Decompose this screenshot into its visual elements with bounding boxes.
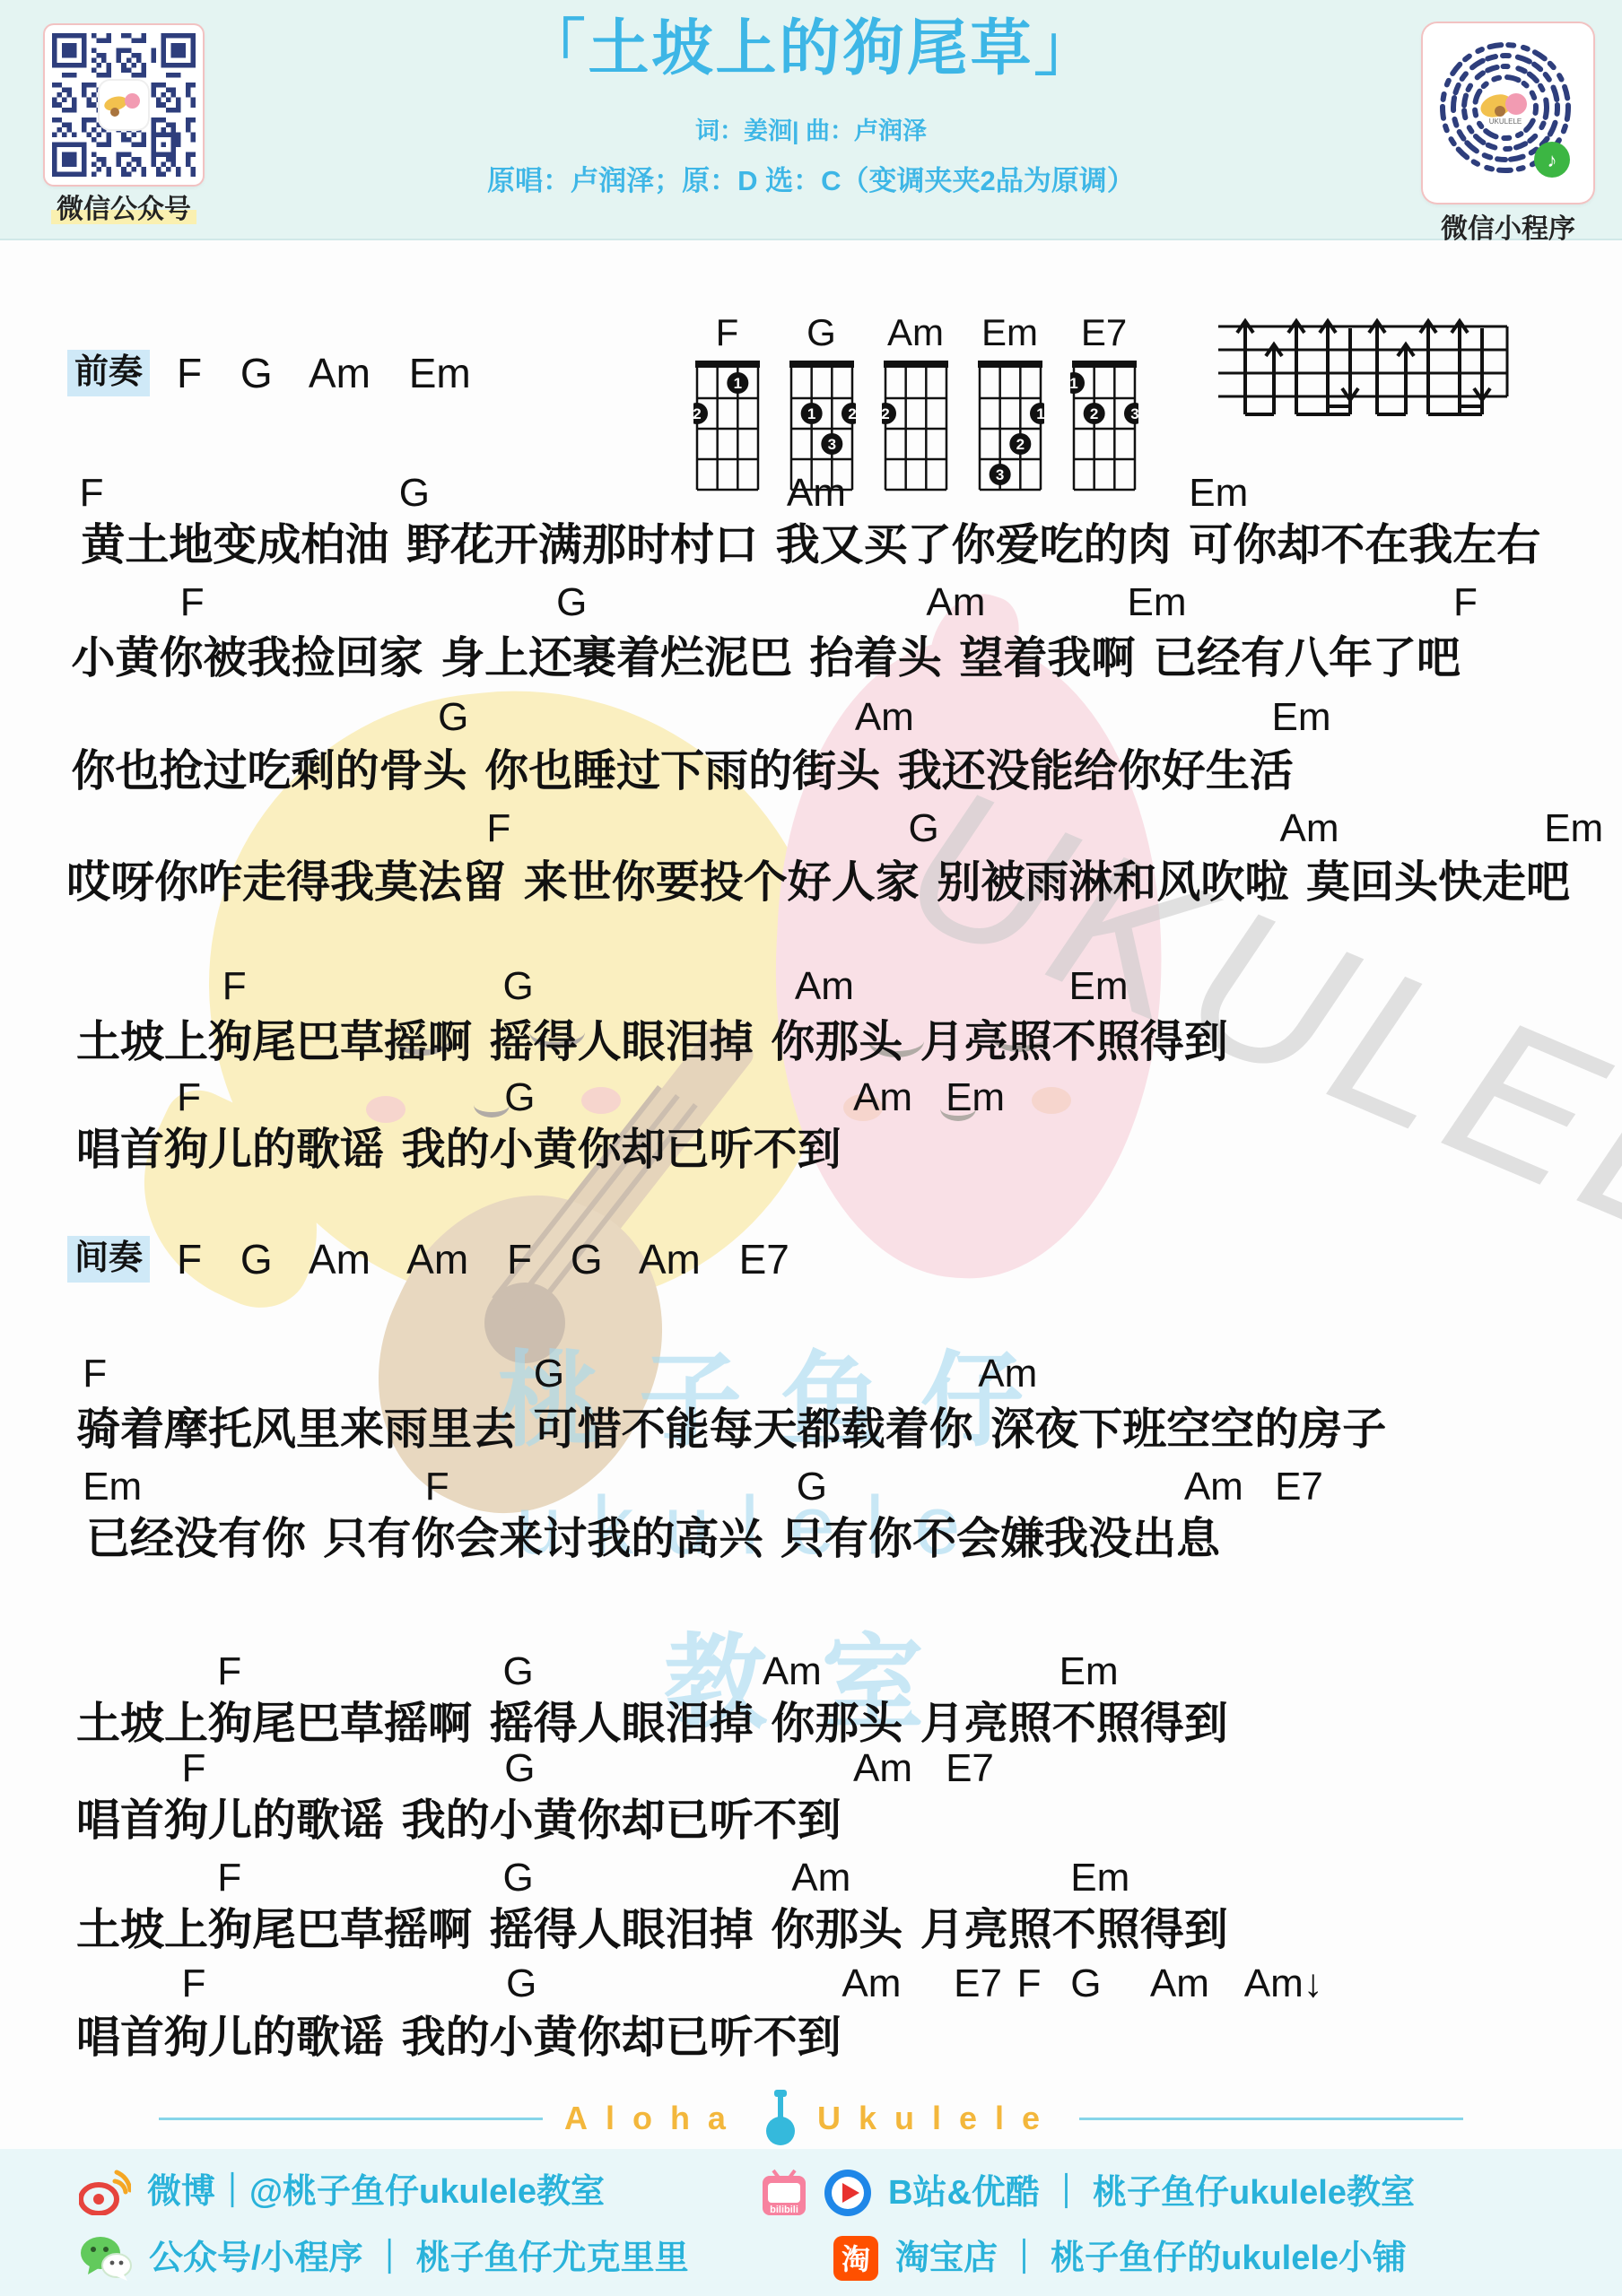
chord-label: G (1070, 1964, 1101, 2004)
lyric-line: 你也抢过吃剩的骨头 你也睡过下雨的街头 我还没能给你好生活 (0, 750, 1622, 794)
chord-label: Em (1271, 698, 1330, 737)
chord-label: G (504, 1078, 535, 1118)
svg-text:2: 2 (693, 405, 702, 422)
chord-row: FGAm (0, 1354, 1622, 1399)
chord-diagram-label: Am (868, 314, 963, 361)
chord-label: Em (946, 1078, 1005, 1118)
chord-label: Am (855, 698, 914, 737)
svg-text:3: 3 (827, 436, 835, 453)
footer-band: 微博｜@桃子鱼仔ukulele教室 bilibili B站&优酷 ｜ 桃子鱼仔u… (0, 2149, 1622, 2296)
wechat-icon (79, 2235, 133, 2282)
chord-label: Em (1544, 809, 1603, 848)
left-qr-label: 微信公众号 (41, 194, 206, 226)
weibo-link[interactable]: 微博｜@桃子鱼仔ukulele教室 (79, 2169, 605, 2215)
ukulele-icon (765, 2090, 796, 2147)
svg-text:淘: 淘 (842, 2243, 870, 2275)
chord-label: G (502, 967, 533, 1006)
wechat-link[interactable]: 公众号/小程序 ｜ 桃子鱼仔尤克里里 (79, 2235, 689, 2282)
lyric-line: 唱首狗儿的歌谣 我的小黄你却已听不到 (0, 2016, 1622, 2060)
section-chords: F G Am Em (177, 352, 471, 394)
chord-row: FGAmEm (0, 1652, 1622, 1697)
chord-label: F (217, 1858, 241, 1898)
chord-label: Em (1189, 474, 1248, 513)
chord-label: E7 (946, 1749, 994, 1788)
aloha-word: Aloha (564, 2102, 744, 2135)
chord-diagram-G: G123 (774, 314, 868, 500)
lyric-line: 黄土地变成柏油 野花开满那时村口 我又买了你爱吃的肉 可你却不在我左右 (0, 524, 1622, 568)
chord-label: F (222, 967, 247, 1006)
chord-row: FGAmEm (0, 1858, 1622, 1903)
svg-text:3: 3 (995, 466, 1003, 483)
chord-label: G (502, 1858, 533, 1898)
chord-label: G (908, 809, 938, 848)
chord-label: Am (1184, 1467, 1243, 1507)
weibo-link-text: 微博｜@桃子鱼仔ukulele教室 (147, 2175, 605, 2209)
svg-text:2: 2 (848, 405, 856, 422)
chord-label: F (486, 809, 510, 848)
chord-row: GAmEm (0, 698, 1622, 743)
lyric-line: 骑着摩托风里来雨里去 可惜不能每天都载着你 深夜下班空空的房子 (0, 1408, 1622, 1452)
chord-label: Am↓ (1244, 1964, 1323, 2004)
lyric-line: 土坡上狗尾巴草摇啊 摇得人眼泪掉 你那头 月亮照不照得到 (0, 1909, 1622, 1952)
qr-center-logo (100, 81, 148, 129)
chord-label: Am (1150, 1964, 1209, 2004)
section-chords: F G Am Am F G Am E7 (177, 1239, 789, 1280)
tuning-line: 原唱：卢润泽；原：D 选：C（变调夹夹2品为原调） (0, 167, 1622, 195)
lyric-line: 唱首狗儿的歌谣 我的小黄你却已听不到 (0, 1799, 1622, 1843)
page-title: 「土坡上的狗尾草」 (0, 18, 1622, 79)
section-label: 前奏 (67, 350, 150, 396)
bilibili-youku-link-text: B站&优酷 ｜ 桃子鱼仔ukulele教室 (888, 2176, 1415, 2210)
weibo-icon (79, 2169, 131, 2215)
chord-diagram-Em: Em123 (963, 314, 1057, 500)
chord-label: F (80, 474, 104, 513)
svg-text:1: 1 (807, 405, 815, 422)
ukulele-word: Ukulele (817, 2102, 1058, 2135)
lyric-line: 小黄你被我捡回家 身上还裹着烂泥巴 抬着头 望着我啊 已经有八年了吧 (0, 637, 1622, 681)
svg-text:UKULELE: UKULELE (1489, 117, 1522, 126)
chord-row: EmFGAmE7 (0, 1467, 1622, 1512)
right-qr-label: 微信小程序 (1423, 213, 1593, 246)
chord-label: F (181, 1964, 205, 2004)
separator-line (159, 2118, 543, 2120)
chord-row: FGAmEm (0, 967, 1622, 1012)
chord-sheet-page: UKULELE 桃子鱼仔 ukulele 教室 「土坡上的狗尾草」 词：姜洄| … (0, 0, 1622, 2296)
chord-diagram-label: F (680, 314, 774, 361)
chord-row: FGAmEm (0, 809, 1622, 854)
svg-text:1: 1 (1070, 375, 1078, 392)
svg-text:2: 2 (882, 405, 890, 422)
chord-diagram-E7: E7123 (1057, 314, 1151, 500)
strum-pattern (1218, 316, 1514, 423)
aloha-separator: Aloha Ukulele (0, 2090, 1622, 2147)
chord-label: Am (926, 583, 985, 622)
chord-label: Em (1128, 583, 1187, 622)
chord-label: Am (795, 967, 854, 1006)
chord-label: Am (978, 1354, 1037, 1394)
chord-label: F (177, 1078, 201, 1118)
chord-label: G (502, 1652, 533, 1692)
svg-text:3: 3 (1130, 405, 1138, 422)
taobao-link-text: 淘宝店 ｜ 桃子鱼仔的ukulele小铺 (895, 2241, 1407, 2275)
separator-line (1079, 2118, 1463, 2120)
bilibili-youku-link[interactable]: bilibili B站&优酷 ｜ 桃子鱼仔ukulele教室 (761, 2169, 1415, 2217)
wechat-official-qr (45, 25, 203, 185)
bilibili-icon: bilibili (761, 2169, 807, 2217)
chord-label: Am (853, 1749, 912, 1788)
chord-row: FGAmEmF (0, 583, 1622, 628)
section-label: 间奏 (67, 1236, 150, 1283)
chord-label: F (1017, 1964, 1042, 2004)
svg-text:1: 1 (1036, 405, 1044, 422)
youku-play-icon (824, 2169, 872, 2217)
chord-label: F (180, 583, 205, 622)
chord-label: G (797, 1467, 827, 1507)
chord-row: FGAmE7 (0, 1749, 1622, 1794)
peach-logo-icon (125, 93, 140, 109)
ukulele-logo-icon (110, 108, 119, 117)
chord-diagram-label: Em (963, 314, 1057, 361)
lyric-line: 已经没有你 只有你会来讨我的高兴 只有你不会嫌我没出息 (0, 1518, 1622, 1561)
credits-line: 词：姜洄| 曲：卢润泽 (0, 119, 1622, 143)
chord-label: E7 (954, 1964, 1002, 2004)
lyric-line: 土坡上狗尾巴草摇啊 摇得人眼泪掉 你那头 月亮照不照得到 (0, 1021, 1622, 1065)
chord-label: E7 (1275, 1467, 1323, 1507)
svg-text:♪: ♪ (1548, 149, 1557, 171)
chord-label: Am (842, 1964, 901, 2004)
chord-diagram-Am: Am2 (868, 314, 963, 500)
svg-text:1: 1 (733, 375, 741, 392)
svg-text:2: 2 (1016, 436, 1024, 453)
chord-label: Em (1070, 1858, 1129, 1898)
chord-diagram-label: G (774, 314, 868, 361)
taobao-icon: 淘 (833, 2235, 879, 2282)
section-row: 间奏F G Am Am F G Am E7 (67, 1236, 789, 1283)
chord-row: FGAmEm (0, 1078, 1622, 1123)
chord-label: Am (853, 1078, 912, 1118)
chord-label: Em (1068, 967, 1128, 1006)
lyric-line: 哎呀你咋走得我莫法留 来世你要投个好人家 别被雨淋和风吹啦 莫回头快走吧 (0, 861, 1622, 905)
chord-diagram-strip: F12G123Am2Em123E7123 (680, 314, 1151, 500)
chord-label: G (506, 1964, 536, 2004)
chord-diagram-label: E7 (1057, 314, 1151, 361)
chord-label: F (83, 1354, 107, 1394)
chord-row: FGAmE7FGAmAm↓ (0, 1964, 1622, 2009)
lyric-line: 唱首狗儿的歌谣 我的小黄你却已听不到 (0, 1128, 1622, 1172)
svg-text:bilibili: bilibili (770, 2205, 798, 2215)
chord-label: Am (763, 1652, 822, 1692)
wechat-link-text: 公众号/小程序 ｜ 桃子鱼仔尤克里里 (149, 2241, 689, 2275)
section-row: 前奏F G Am Em (67, 350, 471, 396)
chord-label: Em (1060, 1652, 1119, 1692)
lyric-line: 土坡上狗尾巴草摇啊 摇得人眼泪掉 你那头 月亮照不照得到 (0, 1702, 1622, 1746)
chord-label: F (217, 1652, 241, 1692)
chord-label: F (181, 1749, 205, 1788)
chord-label: Em (83, 1467, 142, 1507)
chord-label: G (534, 1354, 564, 1394)
taobao-link[interactable]: 淘 淘宝店 ｜ 桃子鱼仔的ukulele小铺 (833, 2235, 1407, 2282)
chord-label: G (556, 583, 587, 622)
chord-label: F (425, 1467, 449, 1507)
chord-label: G (438, 698, 468, 737)
chord-label: Am (1280, 809, 1339, 848)
wechat-miniprogram-qr: UKULELE ♪ (1423, 23, 1593, 203)
header-band: 「土坡上的狗尾草」 词：姜洄| 曲：卢润泽 原唱：卢润泽；原：D 选：C（变调夹… (0, 0, 1622, 240)
chord-label: F (1453, 583, 1478, 622)
chord-label: G (399, 474, 430, 513)
chord-label: G (504, 1749, 535, 1788)
chord-label: Am (791, 1858, 850, 1898)
svg-text:2: 2 (1089, 405, 1097, 422)
round-qr-icon: UKULELE ♪ (1428, 29, 1588, 196)
chord-diagram-F: F12 (680, 314, 774, 500)
